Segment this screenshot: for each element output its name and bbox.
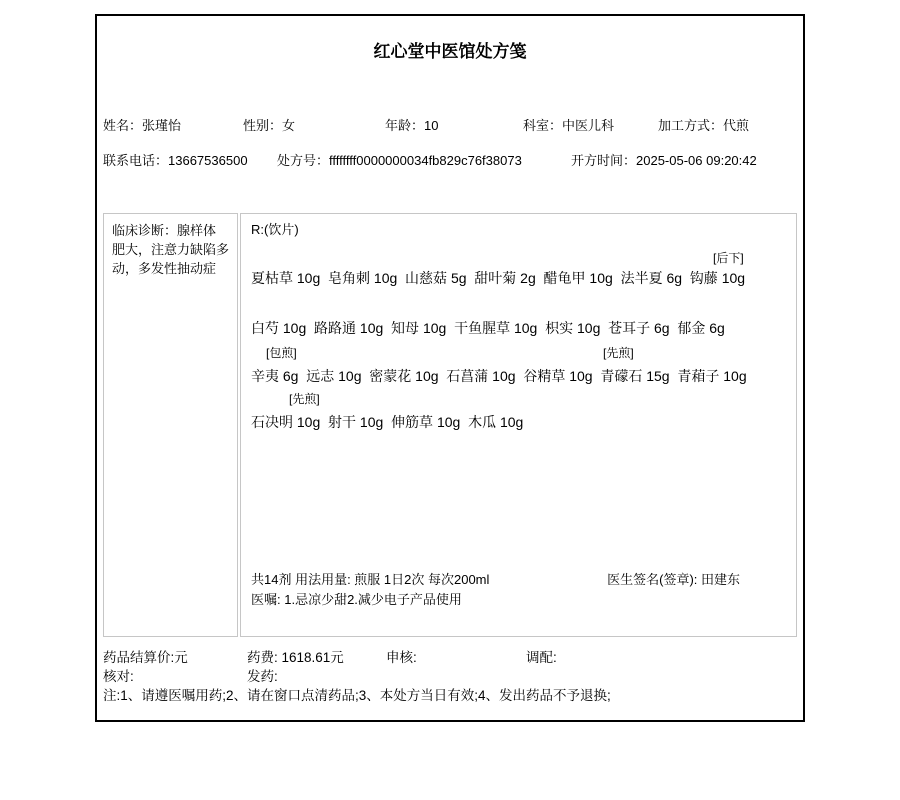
field-processing-method: 加工方式：代煎 <box>658 115 749 134</box>
herb-line: 辛夷 6g 远志 10g 密蒙花 10g 石菖蒲 10g 谷精草 10g 青礞石… <box>251 368 786 384</box>
annotation-houxia: [后下] <box>713 252 744 265</box>
prescribe-time-value: 2025-05-06 09:20:42 <box>636 153 757 168</box>
processing-method-value: 代煎 <box>723 118 749 133</box>
department-value: 中医儿科 <box>562 118 614 133</box>
herb-line: 夏枯草 10g 皂角刺 10g 山慈菇 5g 甜叶菊 2g 醋龟甲 10g 法半… <box>251 270 786 286</box>
gender-value: 女 <box>282 118 295 133</box>
prescription-box: R:(饮片) [后下] 夏枯草 10g 皂角刺 10g 山慈菇 5g 甜叶菊 2… <box>240 213 797 637</box>
footer-row-1: 药品结算价:元 药费: 1618.61元 申核: 调配: <box>103 646 797 663</box>
prescribe-time-label: 开方时间： <box>571 153 636 168</box>
department-label: 科室： <box>523 118 562 133</box>
prescription-number-value: ffffffff0000000034fb829c76f38073 <box>329 153 522 168</box>
annotation-xianjian: [先煎] <box>603 347 634 360</box>
patient-name-label: 姓名： <box>103 118 142 133</box>
check-label: 核对: <box>103 665 134 685</box>
prescription-sheet: 红心堂中医馆处方笺 姓名：张瑾怡 性别：女 年龄：10 科室：中医儿科 加工方式… <box>95 14 805 722</box>
doctor-signature: 医生签名(签章): 田建东 <box>607 571 740 588</box>
field-gender: 性别：女 <box>243 115 295 134</box>
field-patient-name: 姓名：张瑾怡 <box>103 115 181 134</box>
rx-bottom-block: 共14剂 用法用量: 煎服 1日2次 每次200ml 医生签名(签章): 田建东… <box>251 571 786 608</box>
annotation-row-houxia: [后下] <box>251 252 786 265</box>
note-text: 注:1、请遵医嘱用药;2、请在窗口点清药品;3、本处方当日有效;4、发出药品不予… <box>103 684 611 704</box>
field-department: 科室：中医儿科 <box>523 115 614 134</box>
settle-price-label: 药品结算价:元 <box>103 646 188 666</box>
annotation-xianjian: [先煎] <box>289 393 320 406</box>
footer-row-2: 核对: 发药: <box>103 665 797 682</box>
field-phone: 联系电话：13667536500 <box>103 150 248 169</box>
field-prescription-number: 处方号：ffffffff0000000034fb829c76f38073 <box>277 150 522 169</box>
patient-name-value: 张瑾怡 <box>142 118 181 133</box>
field-prescribe-time: 开方时间：2025-05-06 09:20:42 <box>571 150 757 169</box>
review-label: 申核: <box>386 646 417 666</box>
rx-header: R:(饮片) <box>251 222 786 238</box>
fee-value: 药费: 1618.61元 <box>247 646 344 666</box>
processing-method-label: 加工方式： <box>658 118 723 133</box>
herb-line: 白芍 10g 路路通 10g 知母 10g 干鱼腥草 10g 枳实 10g 苍耳… <box>251 320 786 336</box>
diagnosis-label: 临床诊断： <box>112 223 177 238</box>
age-label: 年龄： <box>385 118 424 133</box>
age-value: 10 <box>424 118 438 133</box>
herb-line: 石决明 10g 射干 10g 伸筋草 10g 木瓜 10g <box>251 414 786 430</box>
phone-label: 联系电话： <box>103 153 168 168</box>
dosage-row: 共14剂 用法用量: 煎服 1日2次 每次200ml 医生签名(签章): 田建东 <box>251 571 786 588</box>
annotation-baojian: [包煎] <box>266 347 297 360</box>
gender-label: 性别： <box>243 118 282 133</box>
footer-note: 注:1、请遵医嘱用药;2、请在窗口点清药品;3、本处方当日有效;4、发出药品不予… <box>103 684 797 701</box>
field-age: 年龄：10 <box>385 115 438 134</box>
medical-advice: 医嘱: 1.忌凉少甜2.减少电子产品使用 <box>251 591 786 608</box>
prescription-number-label: 处方号： <box>277 153 329 168</box>
annotation-row-baojian-xianjian: [包煎] [先煎] <box>251 347 786 360</box>
dosage-text: 共14剂 用法用量: 煎服 1日2次 每次200ml <box>251 571 489 588</box>
phone-value: 13667536500 <box>168 153 248 168</box>
prepare-label: 调配: <box>526 646 557 666</box>
annotation-row-xianjian: [先煎] <box>251 393 786 406</box>
diagnosis-box: 临床诊断：腺样体肥大，注意力缺陷多动，多发性抽动症 <box>103 213 238 637</box>
dispense-label: 发药: <box>247 665 278 685</box>
page-title: 红心堂中医馆处方笺 <box>97 37 803 62</box>
